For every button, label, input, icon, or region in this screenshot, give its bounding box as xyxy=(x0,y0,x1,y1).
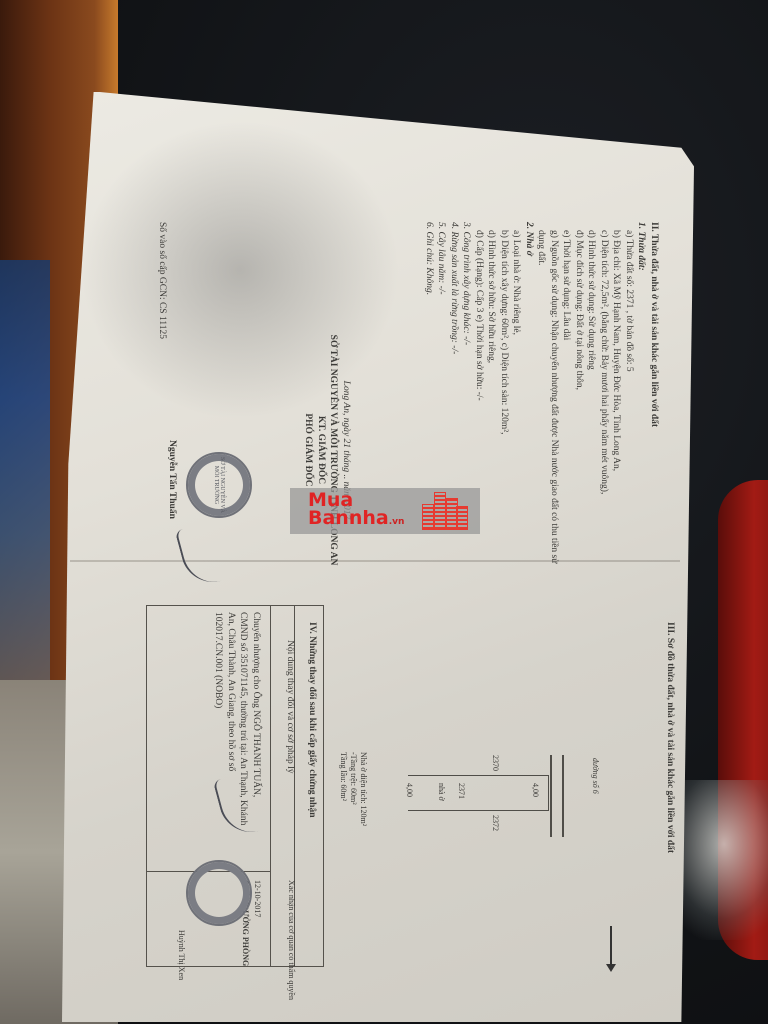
land-line: a) Thửa đất số: 2371 , tờ bản đồ số: 5 xyxy=(623,222,636,563)
land-line: b) Địa chỉ: Xã Mỹ Hạnh Nam, Huyện Đức Hò… xyxy=(610,222,623,563)
parcel-outline xyxy=(408,775,549,811)
watermark-line-2: Bannha xyxy=(308,507,389,529)
area-line: Tầng lầu: 60m² xyxy=(338,752,348,826)
section-2-title: II. Thửa đất, nhà ở và tài sản khác gắn … xyxy=(648,222,661,563)
road-line xyxy=(550,755,552,837)
house-label: nhà ở xyxy=(436,783,446,801)
gcn-number: Số vào sổ cấp GCN: CS 11125 xyxy=(156,222,169,339)
role-1: KT. GIÁM ĐỐC xyxy=(315,330,328,570)
blue-fabric xyxy=(0,260,50,720)
land-line: dụng đất. xyxy=(535,222,548,563)
road-label: đường số 6 xyxy=(590,758,600,794)
stamp-text: SỞ TÀI NGUYÊN VÀ MÔI TRƯỜNG xyxy=(213,454,225,516)
house-line: d) Hình thức sở hữu: Sở hữu riêng, xyxy=(485,222,498,563)
land-line: g) Nguồn gốc sử dụng: Nhận chuyển nhượng… xyxy=(548,222,561,563)
plot-diagram: 2370 2371 2372 nhà ở 4,00 4,00 xyxy=(400,735,580,845)
house-heading: 2. Nhà ở xyxy=(523,222,536,563)
section-3-title: III. Sơ đồ thửa đất, nhà ở và tài sản kh… xyxy=(664,622,677,853)
land-line: d) Hình thức sử dụng: Sử dụng riêng xyxy=(585,222,598,563)
area-line: -Tầng trệt: 60m² xyxy=(348,752,358,826)
confirm-signer: Huỳnh Thị Xen xyxy=(176,930,186,980)
column-confirm-header: Xác nhận của cơ quan có thẩm quyền xyxy=(286,880,296,1000)
official-stamp xyxy=(186,860,252,926)
change-line: Chuyển nhượng cho Ông NGÔ THANH TUẤN, xyxy=(250,612,263,825)
role-2: PHÓ GIÁM ĐỐC xyxy=(302,330,315,570)
signature-block: Long An, ngày 21 tháng .. năm 2017 SỞ TÀ… xyxy=(302,330,352,570)
land-line: đ) Mục đích sử dụng: Đất ở tại nông thôn… xyxy=(573,222,586,563)
land-heading: 1. Thửa đất: xyxy=(635,222,648,563)
house-line: a) Loại nhà ở: Nhà riêng lẻ, xyxy=(510,222,523,563)
place-date: Long An, ngày 21 tháng .. năm 2017 xyxy=(340,330,353,570)
agency-name: SỞ TÀI NGUYÊN VÀ MÔI TRƯỜNG TỈNH LONG AN xyxy=(327,330,340,570)
column-content-header: Nội dung thay đổi và cơ sở pháp lý xyxy=(284,640,297,774)
area-line: Nhà ở diện tích: 120m² xyxy=(358,752,368,826)
section-4-title: IV. Những thay đổi sau khi cấp giấy chứn… xyxy=(306,622,319,818)
building-logo-icon xyxy=(422,492,466,530)
dimension: 4,00 xyxy=(404,783,414,797)
land-line: c) Diện tích: 72,5m², (bằng chữ: Bảy mươ… xyxy=(598,222,611,563)
dimension: 4,00 xyxy=(530,783,540,797)
house-line: b) Diện tích xây dựng: 60m², c) Diện tíc… xyxy=(498,222,511,563)
area-info: Nhà ở diện tích: 120m² -Tầng trệt: 60m² … xyxy=(338,752,368,826)
north-arrow-icon xyxy=(610,926,612,966)
watermark-text: Mua Bannha.vn xyxy=(308,491,404,531)
mua-bannha-watermark: Mua Bannha.vn xyxy=(290,488,480,534)
confirm-date: 12-10-2017 xyxy=(252,880,262,917)
land-line: e) Thời hạn sử dụng: Lâu dài xyxy=(560,222,573,563)
road-line xyxy=(562,755,564,837)
parcel-number: 2371 xyxy=(456,783,466,799)
parcel-number: 2372 xyxy=(490,815,500,831)
watermark-suffix: .vn xyxy=(389,517,405,527)
official-stamp: SỞ TÀI NGUYÊN VÀ MÔI TRƯỜNG xyxy=(186,452,252,518)
parcel-number: 2370 xyxy=(490,755,500,771)
signer-name: Nguyễn Tấn Thuấn xyxy=(166,440,179,519)
